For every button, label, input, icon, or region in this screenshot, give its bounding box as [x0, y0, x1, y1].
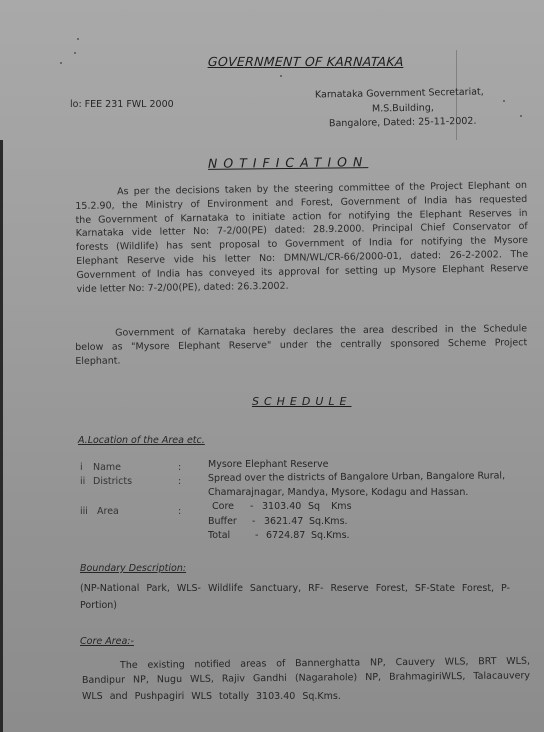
boundary-legend-line-2: Portion)	[80, 600, 117, 611]
row-label-districts: Districts	[93, 476, 132, 487]
area-buffer-unit: Sq.Kms.	[309, 516, 348, 527]
row-value-districts-line-2: Chamarajnagar, Mandya, Mysore, Kodagu an…	[208, 487, 468, 498]
row-marker-area: iii	[80, 506, 88, 517]
area-buffer-label: Buffer	[208, 516, 237, 527]
scan-speck	[77, 38, 79, 40]
schedule-heading: SCHEDULE	[252, 395, 352, 408]
area-dash: -	[250, 501, 253, 512]
row-marker-name: i	[80, 462, 83, 473]
scan-speck	[280, 75, 282, 77]
address-date-line: Bangalore, Dated: 25-11-2002.	[329, 116, 477, 130]
notification-paragraph-2: Government of Karnataka hereby declares …	[75, 322, 527, 368]
core-area-line-3: WLS and Pushpagiri WLS totally 3103.40 S…	[82, 691, 341, 702]
area-total-label: Total	[208, 530, 230, 541]
core-area-line-1: The existing notified areas of Bannergha…	[120, 656, 530, 671]
area-total-unit: Sq.Kms.	[311, 530, 350, 541]
row-label-area: Area	[97, 506, 119, 517]
address-line-1: Karnataka Government Secretariat,	[315, 87, 484, 101]
notification-paragraph-1: As per the decisions taken by the steeri…	[75, 179, 529, 296]
core-area-heading: Core Area:-	[80, 636, 134, 647]
area-dash: -	[255, 530, 258, 541]
area-core-unit: Sq Kms	[308, 501, 352, 512]
row-value-districts-line-1: Spread over the districts of Bangalore U…	[208, 470, 505, 484]
section-a-heading: A.Location of the Area etc.	[78, 435, 205, 446]
row-marker-districts: ii	[80, 476, 85, 487]
area-total-value: 6724.87	[266, 530, 305, 541]
document-title: GOVERNMENT OF KARNATAKA	[207, 54, 404, 69]
area-core-value: 3103.40	[262, 501, 301, 512]
boundary-heading: Boundary Description:	[80, 563, 186, 574]
row-label-name: Name	[93, 462, 121, 473]
boundary-legend-line-1: (NP-National Park, WLS- Wildlife Sanctua…	[80, 583, 510, 594]
area-dash: -	[252, 516, 255, 527]
row-colon: :	[178, 476, 181, 487]
scan-speck	[520, 115, 522, 117]
area-core-label: Core	[212, 501, 234, 512]
notification-heading: NOTIFICATION	[208, 154, 368, 171]
reference-number: lo: FEE 231 FWL 2000	[70, 99, 174, 110]
scan-speck	[60, 62, 62, 64]
scan-speck	[503, 100, 505, 102]
address-line-2: M.S.Building,	[372, 102, 434, 114]
core-area-line-2: Bandipur NP, Nugu WLS, Rajiv Gandhi (Nag…	[82, 670, 530, 686]
area-buffer-value: 3621.47	[264, 516, 303, 527]
page-edge-shadow	[0, 140, 3, 732]
row-value-name: Mysore Elephant Reserve	[208, 459, 328, 470]
row-colon: :	[178, 506, 181, 517]
scan-speck	[74, 52, 76, 54]
row-colon: :	[178, 462, 181, 473]
